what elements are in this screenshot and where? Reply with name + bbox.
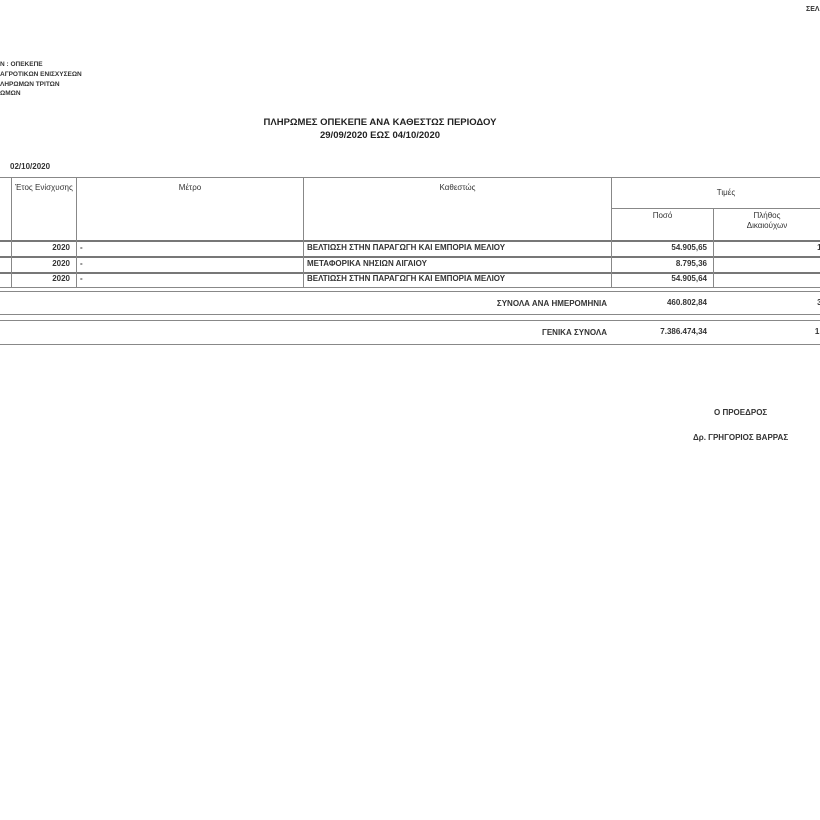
row-scheme: ΒΕΛΤΙΩΣΗ ΣΤΗΝ ΠΑΡΑΓΩΓΗ ΚΑΙ ΕΜΠΟΡΙΑ ΜΕΛΙΟ… bbox=[307, 274, 505, 283]
signature-role: Ο ΠΡΟΕΔΡΟΣ bbox=[714, 408, 767, 417]
daily-total-amount: 460.802,84 bbox=[612, 298, 707, 307]
header-amount: Ποσό bbox=[612, 211, 713, 221]
org-line-2: ΑΓΡΟΤΙΚΩΝ ΕΝΙΣΧΥΣΕΩΝ bbox=[0, 70, 82, 80]
grand-total-label: ΓΕΝΙΚΑ ΣΥΝΟΛΑ bbox=[300, 328, 607, 337]
report-period: 29/09/2020 ΕΩΣ 04/10/2020 bbox=[0, 130, 760, 141]
grand-total-beneficiaries: 1.5 bbox=[714, 327, 820, 336]
daily-total-beneficiaries: 33 bbox=[714, 298, 820, 307]
row-scheme: ΒΕΛΤΙΩΣΗ ΣΤΗΝ ΠΑΡΑΓΩΓΗ ΚΑΙ ΕΜΠΟΡΙΑ ΜΕΛΙΟ… bbox=[307, 243, 505, 252]
signature-name: Δρ. ΓΡΗΓΟΡΙΟΣ ΒΑΡΡΑΣ bbox=[693, 433, 788, 442]
page-reference: ΣΕΛ bbox=[806, 6, 820, 13]
row-year: 2020 bbox=[12, 274, 70, 283]
row-scheme: ΜΕΤΑΦΟΡΙΚΑ ΝΗΣΙΩΝ ΑΙΓΑΙΟΥ bbox=[307, 259, 427, 268]
header-measure: Μέτρο bbox=[77, 183, 303, 193]
grand-total-amount: 7.386.474,34 bbox=[612, 327, 707, 336]
row-measure: - bbox=[80, 274, 83, 283]
org-line-4: ΩΜΩΝ bbox=[0, 89, 21, 99]
row-measure: - bbox=[80, 243, 83, 252]
report-date: 02/10/2020 bbox=[10, 162, 50, 171]
row-amount: 54.905,64 bbox=[612, 274, 707, 283]
row-amount: 54.905,65 bbox=[612, 243, 707, 252]
row-amount: 8.795,36 bbox=[612, 259, 707, 268]
header-year: Έτος Ενίσχυσης bbox=[12, 183, 76, 193]
row-measure: - bbox=[80, 259, 83, 268]
report-title: ΠΛΗΡΩΜΕΣ ΟΠΕΚΕΠΕ ΑΝΑ ΚΑΘΕΣΤΩΣ ΠΕΡΙΟΔΟΥ bbox=[0, 117, 760, 128]
row-beneficiaries: 19 bbox=[714, 243, 820, 252]
header-values: Τιμές bbox=[612, 188, 820, 198]
header-scheme: Καθεστώς bbox=[304, 183, 611, 193]
header-beneficiaries: Πλήθος Δικαιούχων bbox=[714, 211, 820, 231]
org-line-1: Ν : ΟΠΕΚΕΠΕ bbox=[0, 60, 43, 70]
daily-total-label: ΣΥΝΟΛΑ ΑΝΑ ΗΜΕΡΟΜΗΝΙΑ bbox=[300, 299, 607, 308]
row-year: 2020 bbox=[12, 259, 70, 268]
row-year: 2020 bbox=[12, 243, 70, 252]
